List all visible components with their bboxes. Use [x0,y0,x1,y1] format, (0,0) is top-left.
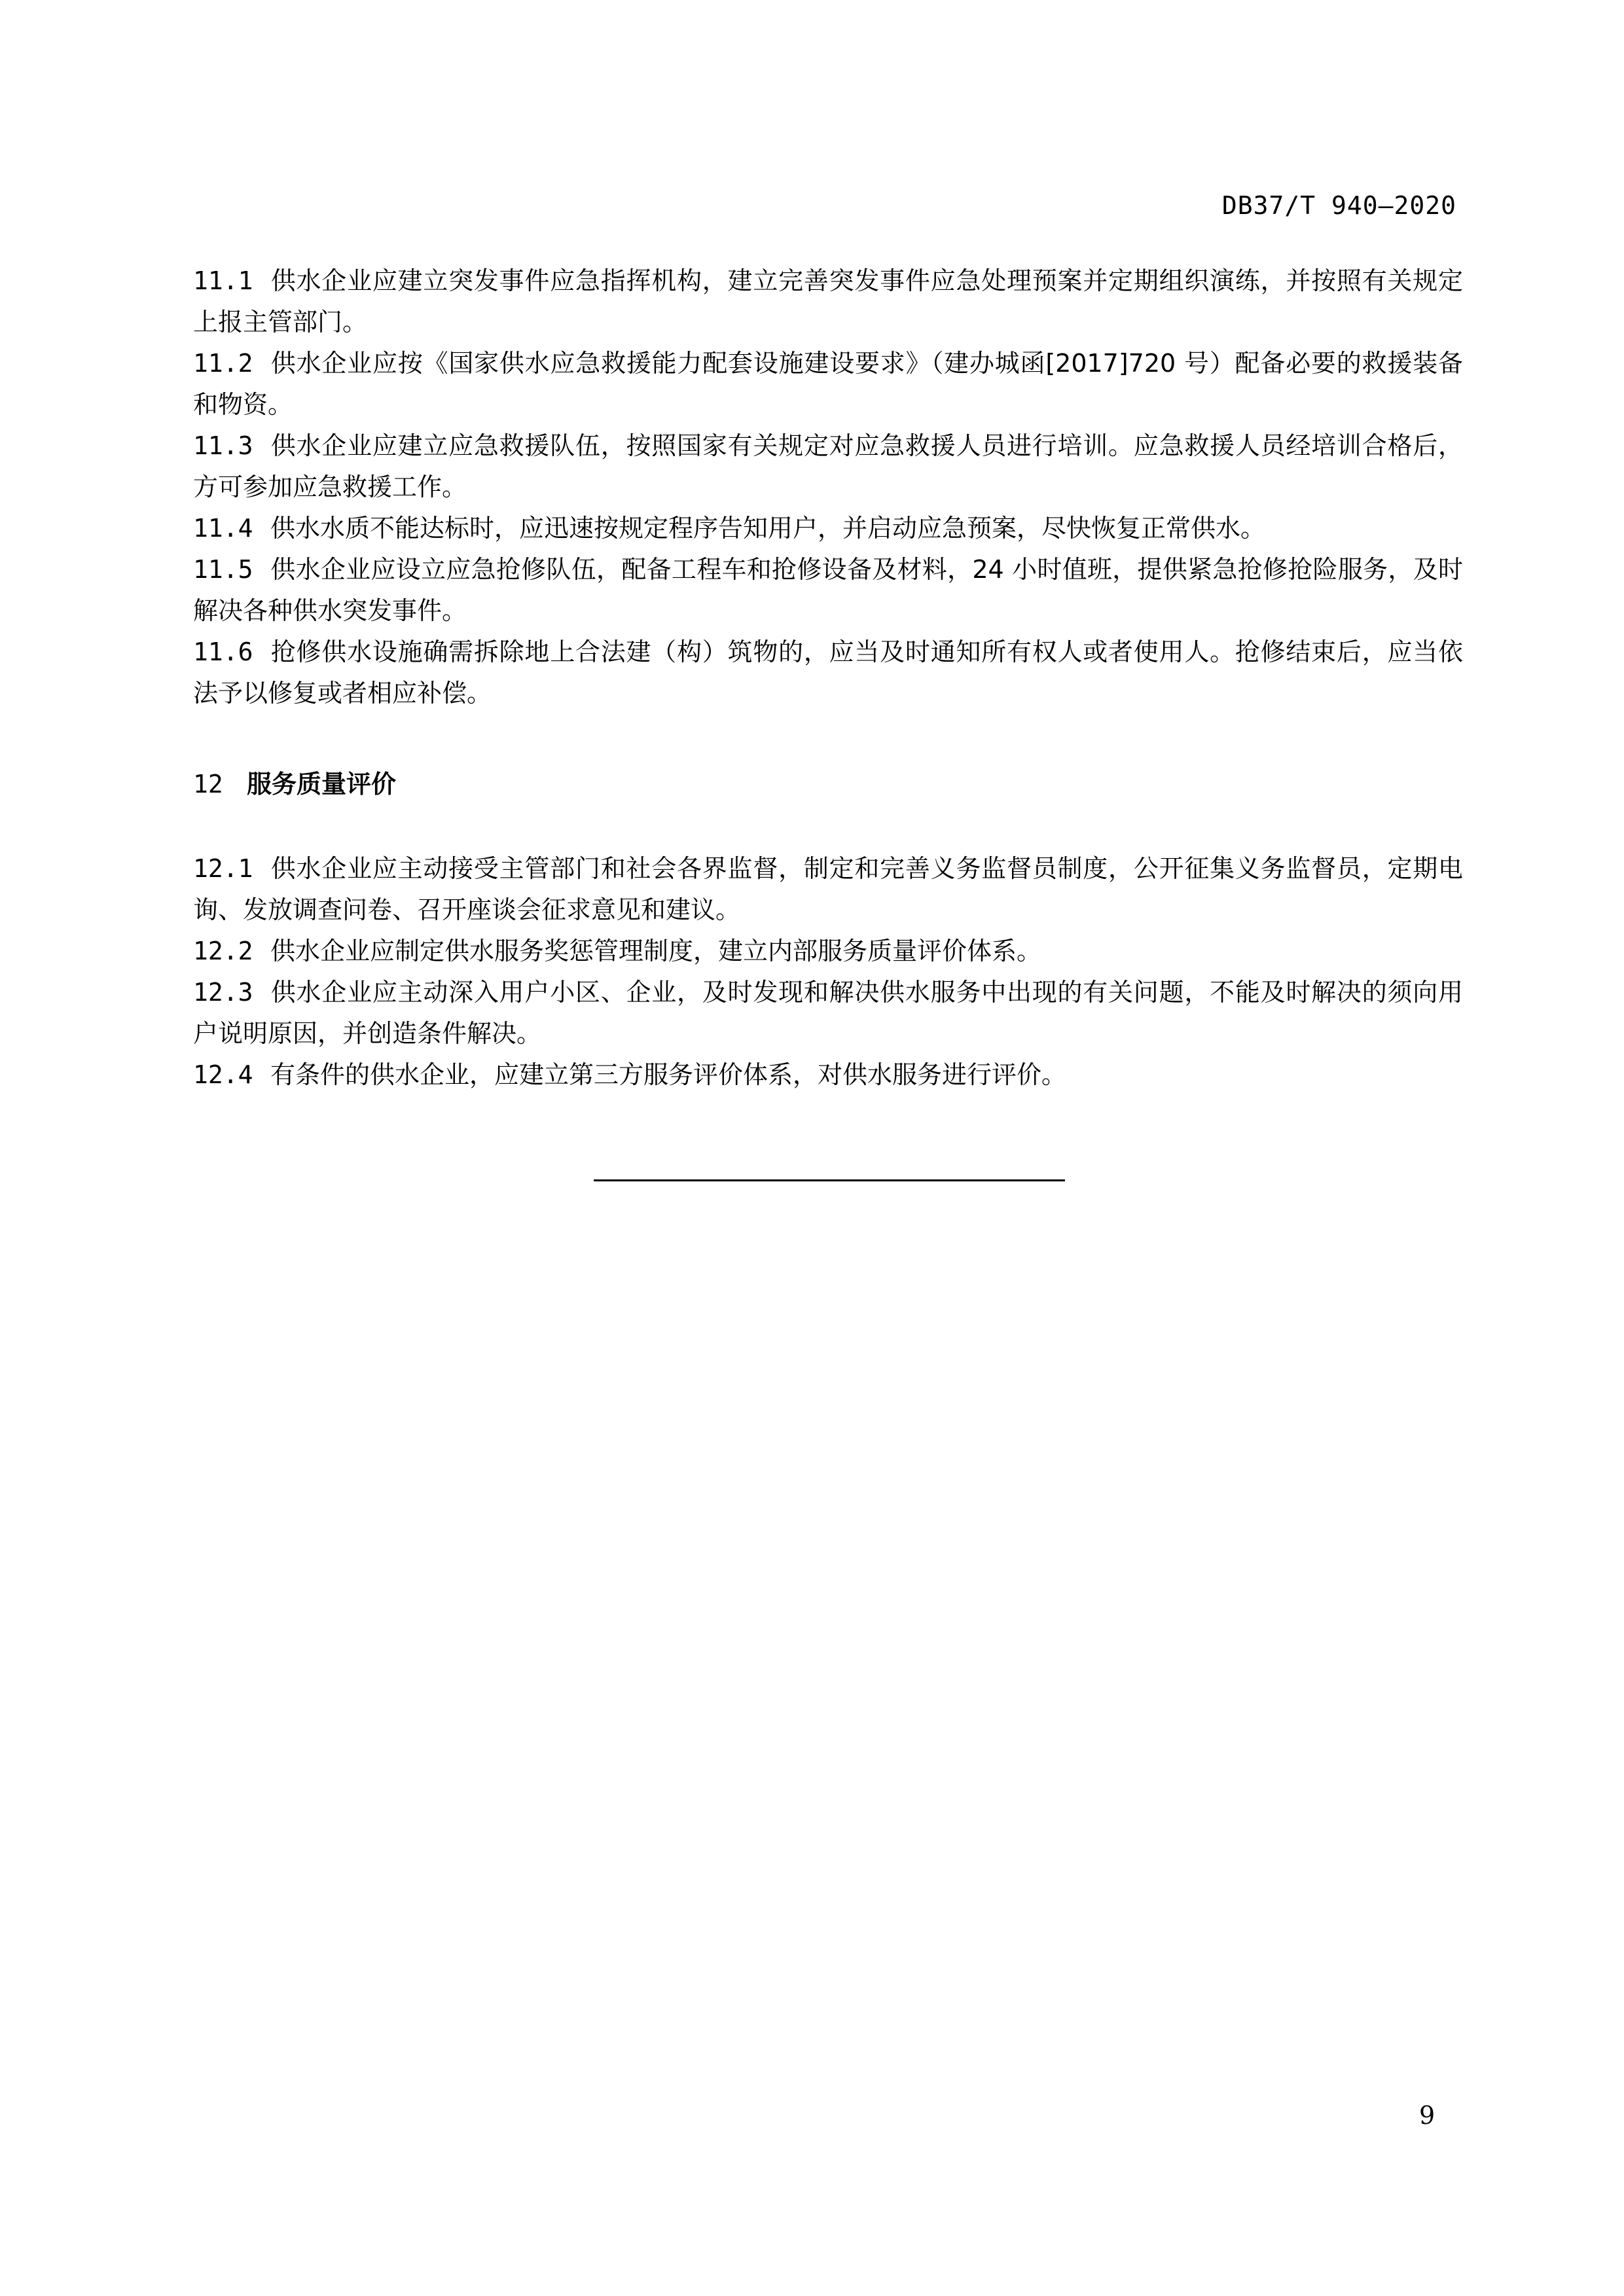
clause-number: 12.1 [193,848,270,889]
clause-11-1: 11.1供水企业应建立突发事件应急指挥机构，建立完善突发事件应急处理预案并定期组… [193,260,1463,343]
clause-number: 12.2 [193,931,270,972]
clause-number: 11.5 [193,549,270,590]
clause-11-5: 11.5供水企业应设立应急抢修队伍，配备工程车和抢修设备及材料，24 小时值班，… [193,549,1463,632]
clause-number: 11.4 [193,508,270,549]
clause-text: 有条件的供水企业，应建立第三方服务评价体系，对供水服务进行评价。 [270,1060,1066,1089]
section-title: 服务质量评价 [247,770,396,798]
document-body: 11.1供水企业应建立突发事件应急指挥机构，建立完善突发事件应急处理预案并定期组… [193,260,1463,1096]
section-number: 12 [193,764,247,805]
clause-11-4: 11.4供水水质不能达标时，应迅速按规定程序告知用户，并启动应急预案，尽快恢复正… [193,508,1463,549]
clause-12-1: 12.1供水企业应主动接受主管部门和社会各界监督，制定和完善义务监督员制度，公开… [193,848,1463,931]
clause-text: 供水企业应主动深入用户小区、企业，及时发现和解决供水服务中出现的有关问题，不能及… [193,978,1463,1048]
clause-text: 供水企业应按《国家供水应急救援能力配套设施建设要求》（建办城函[2017]720… [193,349,1463,419]
clause-11-3: 11.3供水企业应建立应急救援队伍，按照国家有关规定对应急救援人员进行培训。应急… [193,425,1463,508]
clause-11-6: 11.6抢修供水设施确需拆除地上合法建（构）筑物的，应当及时通知所有权人或者使用… [193,632,1463,714]
section-12-heading: 12服务质量评价 [193,764,1463,805]
clause-text: 抢修供水设施确需拆除地上合法建（构）筑物的，应当及时通知所有权人或者使用人。抢修… [193,637,1463,708]
clause-text: 供水企业应建立应急救援队伍，按照国家有关规定对应急救援人员进行培训。应急救援人员… [193,431,1463,501]
clause-text: 供水企业应设立应急抢修队伍，配备工程车和抢修设备及材料，24 小时值班，提供紧急… [193,555,1463,625]
clause-number: 12.4 [193,1054,270,1096]
clause-12-2: 12.2供水企业应制定供水服务奖惩管理制度，建立内部服务质量评价体系。 [193,931,1463,972]
section-12: 12.1供水企业应主动接受主管部门和社会各界监督，制定和完善义务监督员制度，公开… [193,848,1463,1096]
clause-number: 11.2 [193,343,270,384]
section-11: 11.1供水企业应建立突发事件应急指挥机构，建立完善突发事件应急处理预案并定期组… [193,260,1463,714]
page-number: 9 [1419,2101,1435,2130]
clause-12-3: 12.3供水企业应主动深入用户小区、企业，及时发现和解决供水服务中出现的有关问题… [193,972,1463,1054]
clause-number: 11.1 [193,260,270,302]
clause-number: 12.3 [193,972,270,1013]
clause-text: 供水企业应制定供水服务奖惩管理制度，建立内部服务质量评价体系。 [270,937,1041,965]
clause-number: 11.3 [193,425,270,467]
standard-code: DB37/T 940—2020 [1222,191,1456,220]
clause-text: 供水水质不能达标时，应迅速按规定程序告知用户，并启动应急预案，尽快恢复正常供水。 [270,514,1265,543]
end-of-document-rule [594,1179,1065,1181]
clause-number: 11.6 [193,632,270,673]
clause-11-2: 11.2供水企业应按《国家供水应急救援能力配套设施建设要求》（建办城函[2017… [193,343,1463,425]
clause-text: 供水企业应建立突发事件应急指挥机构，建立完善突发事件应急处理预案并定期组织演练，… [193,266,1463,336]
clause-12-4: 12.4有条件的供水企业，应建立第三方服务评价体系，对供水服务进行评价。 [193,1054,1463,1096]
clause-text: 供水企业应主动接受主管部门和社会各界监督，制定和完善义务监督员制度，公开征集义务… [193,854,1463,924]
